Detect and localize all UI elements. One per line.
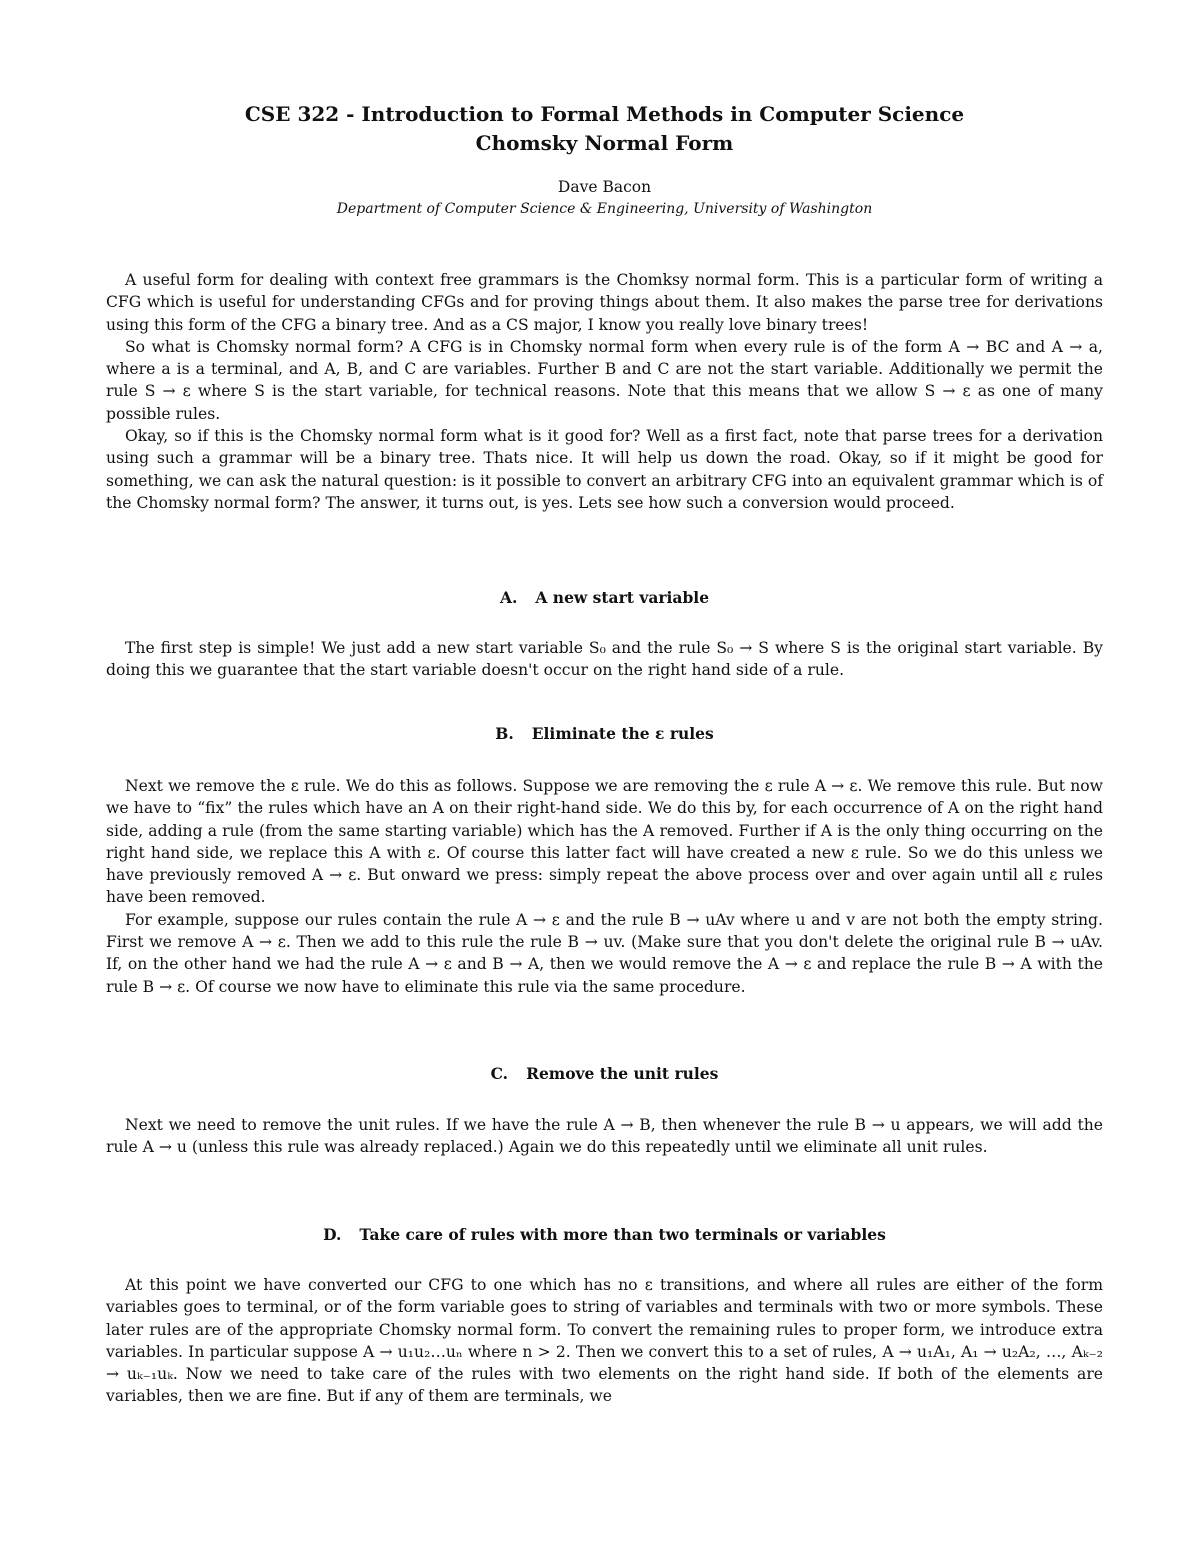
intro-paragraph: A useful form for dealing with context f… — [106, 269, 1103, 336]
section-title: Eliminate the ε rules — [532, 724, 714, 743]
intro-section: A useful form for dealing with context f… — [106, 269, 1103, 514]
author-affiliation: Department of Computer Science & Enginee… — [106, 201, 1103, 217]
section-paragraph: At this point we have converted our CFG … — [106, 1274, 1103, 1408]
section-paragraph: For example, suppose our rules contain t… — [106, 909, 1103, 998]
author-name: Dave Bacon — [106, 178, 1103, 196]
section-label: D. — [323, 1225, 341, 1244]
section-label: B. — [495, 724, 514, 743]
section-title: A new start variable — [535, 588, 709, 607]
section-a-body: The first step is simple! We just add a … — [106, 637, 1103, 682]
document-title: Chomsky Normal Form — [106, 129, 1103, 158]
intro-paragraph: So what is Chomsky normal form? A CFG is… — [106, 336, 1103, 425]
section-d-body: At this point we have converted our CFG … — [106, 1274, 1103, 1408]
section-title: Take care of rules with more than two te… — [359, 1225, 885, 1244]
section-paragraph: Next we need to remove the unit rules. I… — [106, 1114, 1103, 1159]
section-heading-a: A.A new start variable — [106, 588, 1103, 607]
section-c-body: Next we need to remove the unit rules. I… — [106, 1114, 1103, 1159]
intro-paragraph: Okay, so if this is the Chomsky normal f… — [106, 425, 1103, 514]
section-heading-d: D.Take care of rules with more than two … — [106, 1225, 1103, 1244]
section-paragraph: Next we remove the ε rule. We do this as… — [106, 775, 1103, 909]
section-label: C. — [491, 1064, 508, 1083]
section-heading-b: B.Eliminate the ε rules — [106, 724, 1103, 743]
section-paragraph: The first step is simple! We just add a … — [106, 637, 1103, 682]
course-title: CSE 322 - Introduction to Formal Methods… — [106, 100, 1103, 129]
section-b-body: Next we remove the ε rule. We do this as… — [106, 775, 1103, 998]
section-heading-c: C.Remove the unit rules — [106, 1064, 1103, 1083]
section-label: A. — [500, 588, 517, 607]
section-title: Remove the unit rules — [526, 1064, 718, 1083]
